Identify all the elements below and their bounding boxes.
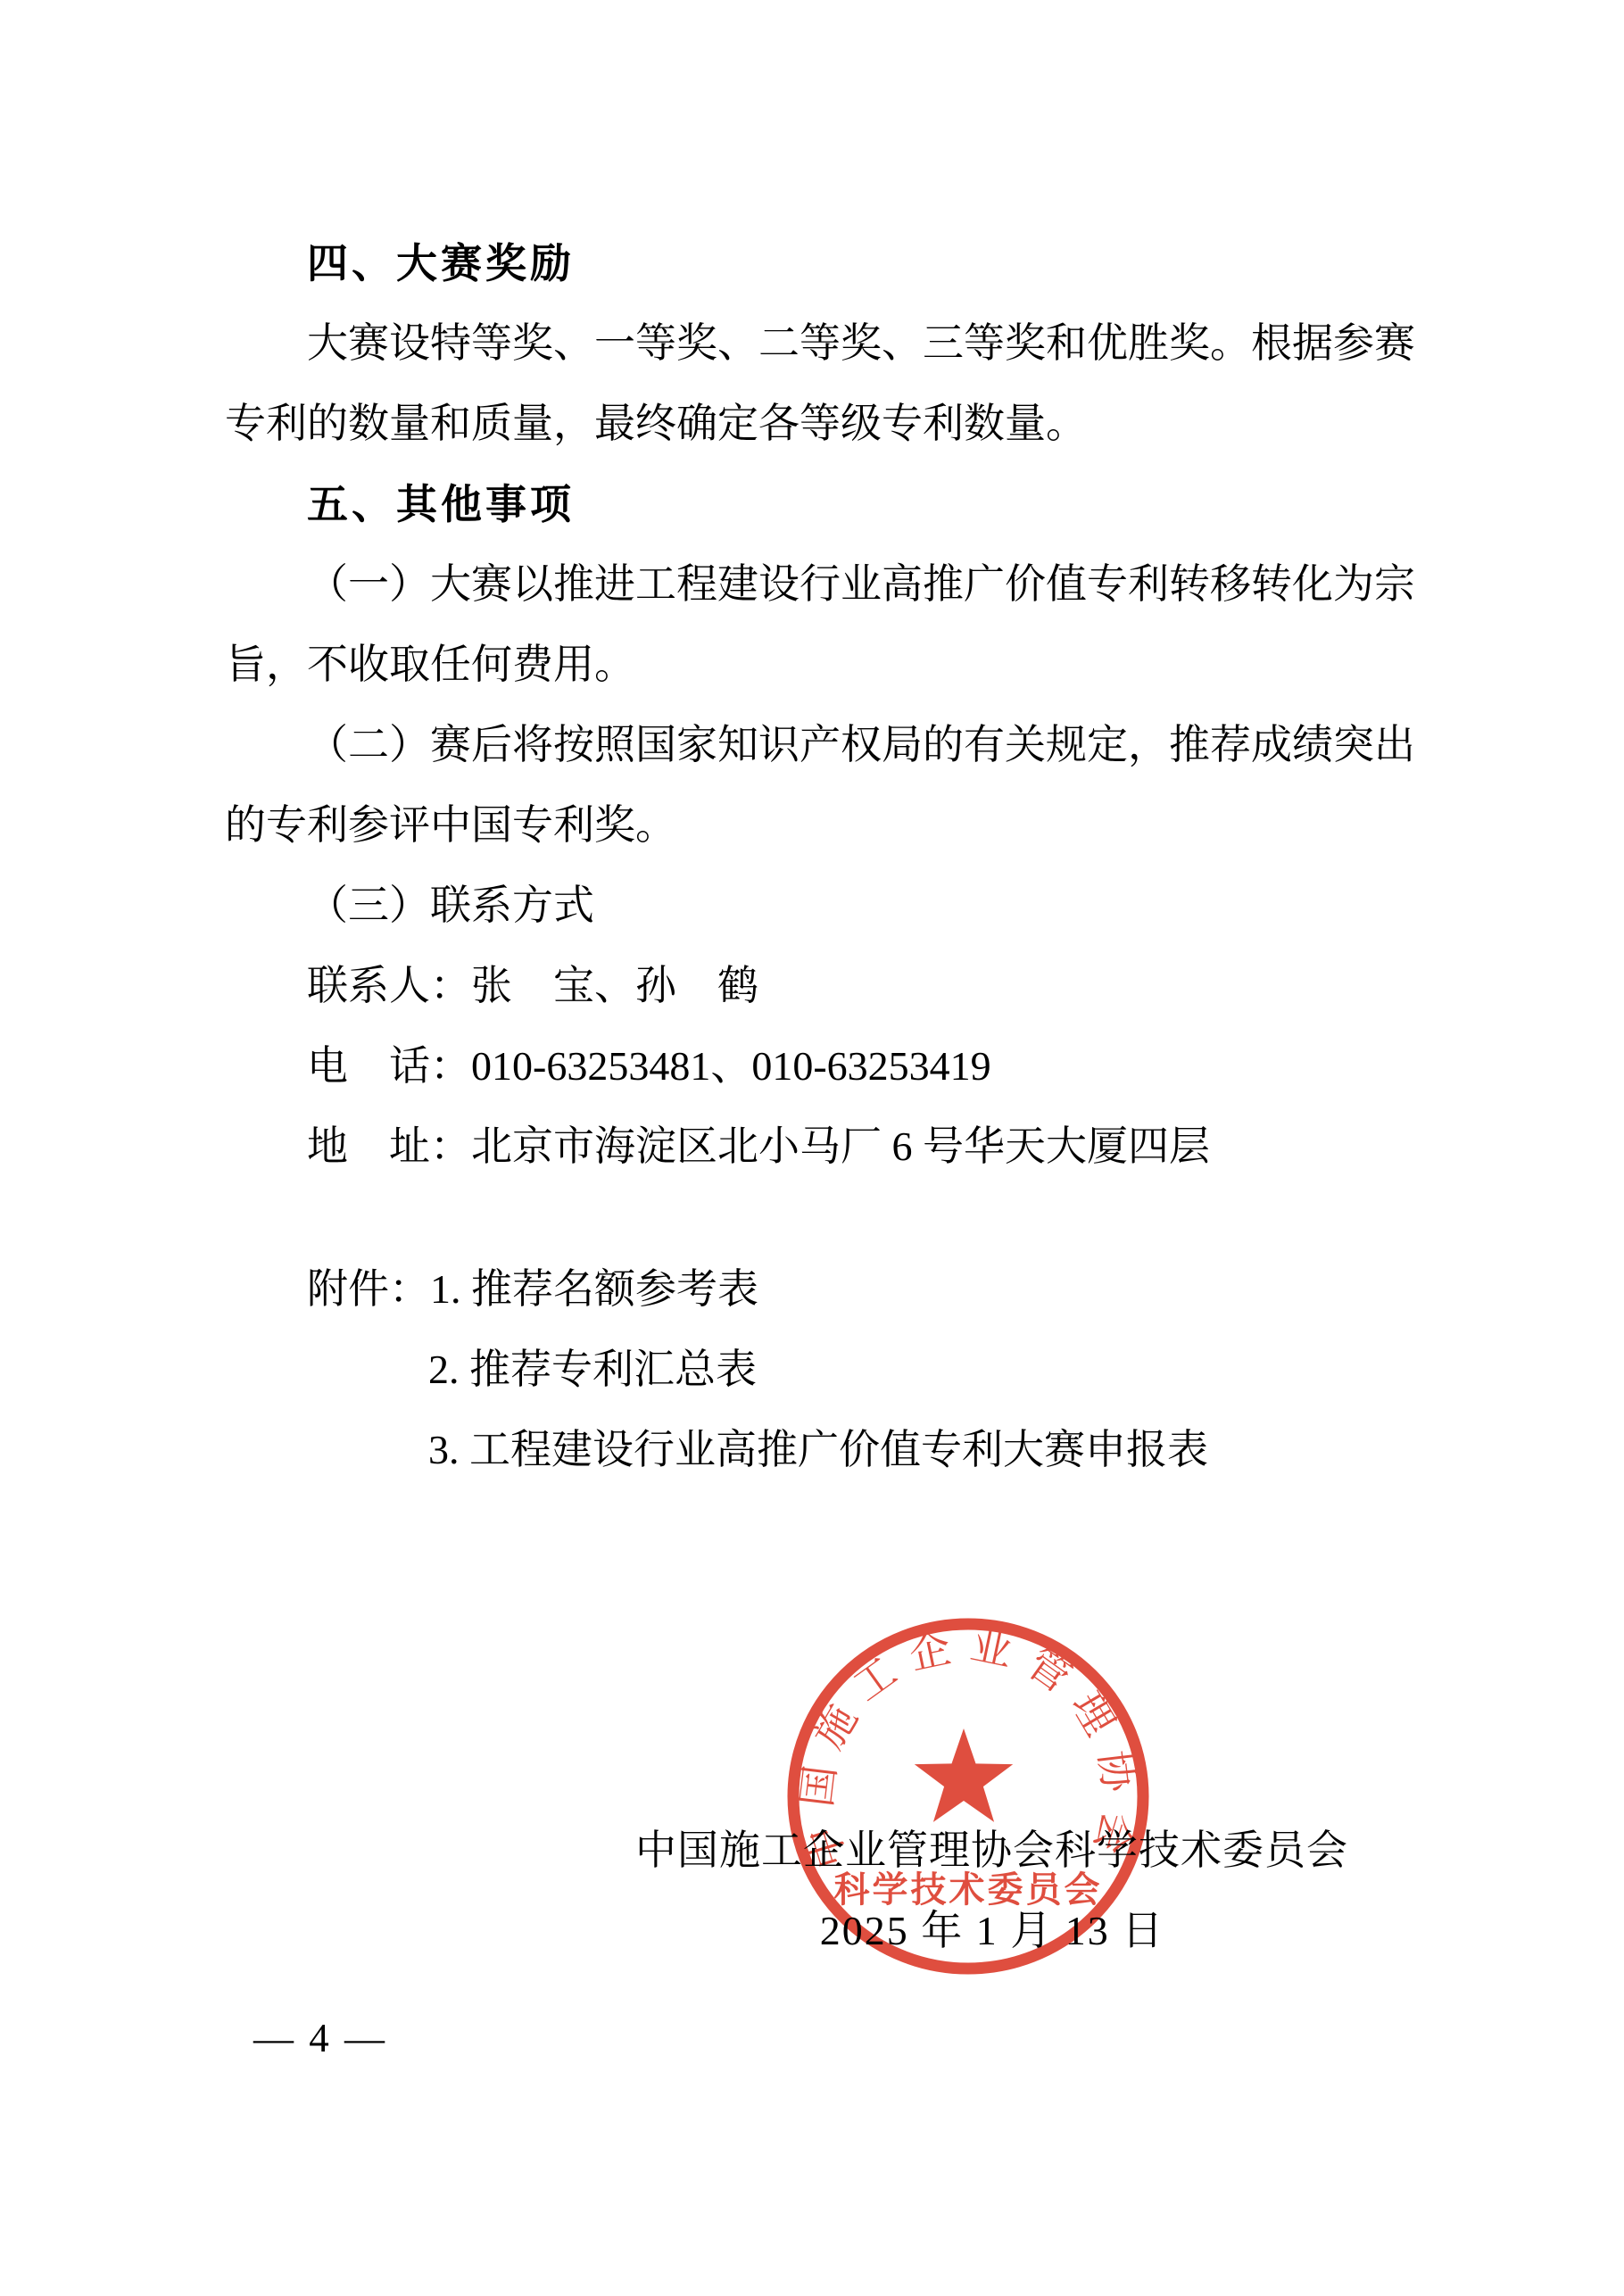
signature-block: 中国施工企业管理协会科学技术委员会 2025 年 1 月 13 日 (635, 1811, 1349, 1971)
star-icon (915, 1728, 1013, 1822)
contact-person-line: 联系人：张 宝、孙 鹤 (225, 946, 1413, 1026)
other-item2-line-1: （二）赛后将按照国家知识产权局的有关规定，推荐成绩突出 (225, 705, 1413, 785)
attachment-item-3: 3. 工程建设行业高推广价值专利大赛申报表 (225, 1410, 1413, 1490)
section-heading-awards: 四、大赛奖励 (225, 223, 1413, 303)
attachment-item-2: 2. 推荐专利汇总表 (225, 1330, 1413, 1410)
document-page: 中国施工企业管理协会 科学技术委员会 四、大赛奖励 大赛设特等奖、一等奖、二等奖… (0, 0, 1624, 2296)
contact-address-line: 地 址：北京市海淀区北小马厂 6 号华天大厦四层 (225, 1107, 1413, 1187)
document-body: 四、大赛奖励 大赛设特等奖、一等奖、二等奖、三等奖和优胜奖。根据参赛 专利的数量… (225, 223, 1413, 1490)
attachments-label: 附件： (307, 1266, 430, 1312)
other-item3-heading: （三）联系方式 (225, 866, 1413, 946)
signature-date: 2025 年 1 月 13 日 (635, 1891, 1349, 1971)
attachment-item-1: 附件：1. 推荐名额参考表 (225, 1249, 1413, 1330)
page-number: — 4 — (253, 1998, 387, 2078)
attachment-1-title: 1. 推荐名额参考表 (430, 1266, 758, 1312)
signature-organization: 中国施工企业管理协会科学技术委员会 (635, 1811, 1349, 1891)
awards-paragraph-line-1: 大赛设特等奖、一等奖、二等奖、三等奖和优胜奖。根据参赛 (225, 303, 1413, 384)
awards-paragraph-line-2: 专利的数量和质量，最终确定各等级专利数量。 (225, 384, 1413, 464)
other-item2-line-2: 的专利参评中国专利奖。 (225, 785, 1413, 866)
contact-phone-line: 电 话：010-63253481、010-63253419 (225, 1026, 1413, 1107)
other-item1-line-2: 旨，不收取任何费用。 (225, 625, 1413, 705)
attachments-list: 附件：1. 推荐名额参考表 2. 推荐专利汇总表 3. 工程建设行业高推广价值专… (225, 1249, 1413, 1490)
section-heading-other: 五、其他事项 (225, 464, 1413, 544)
other-item1-line-1: （一）大赛以推进工程建设行业高推广价值专利转移转化为宗 (225, 544, 1413, 625)
